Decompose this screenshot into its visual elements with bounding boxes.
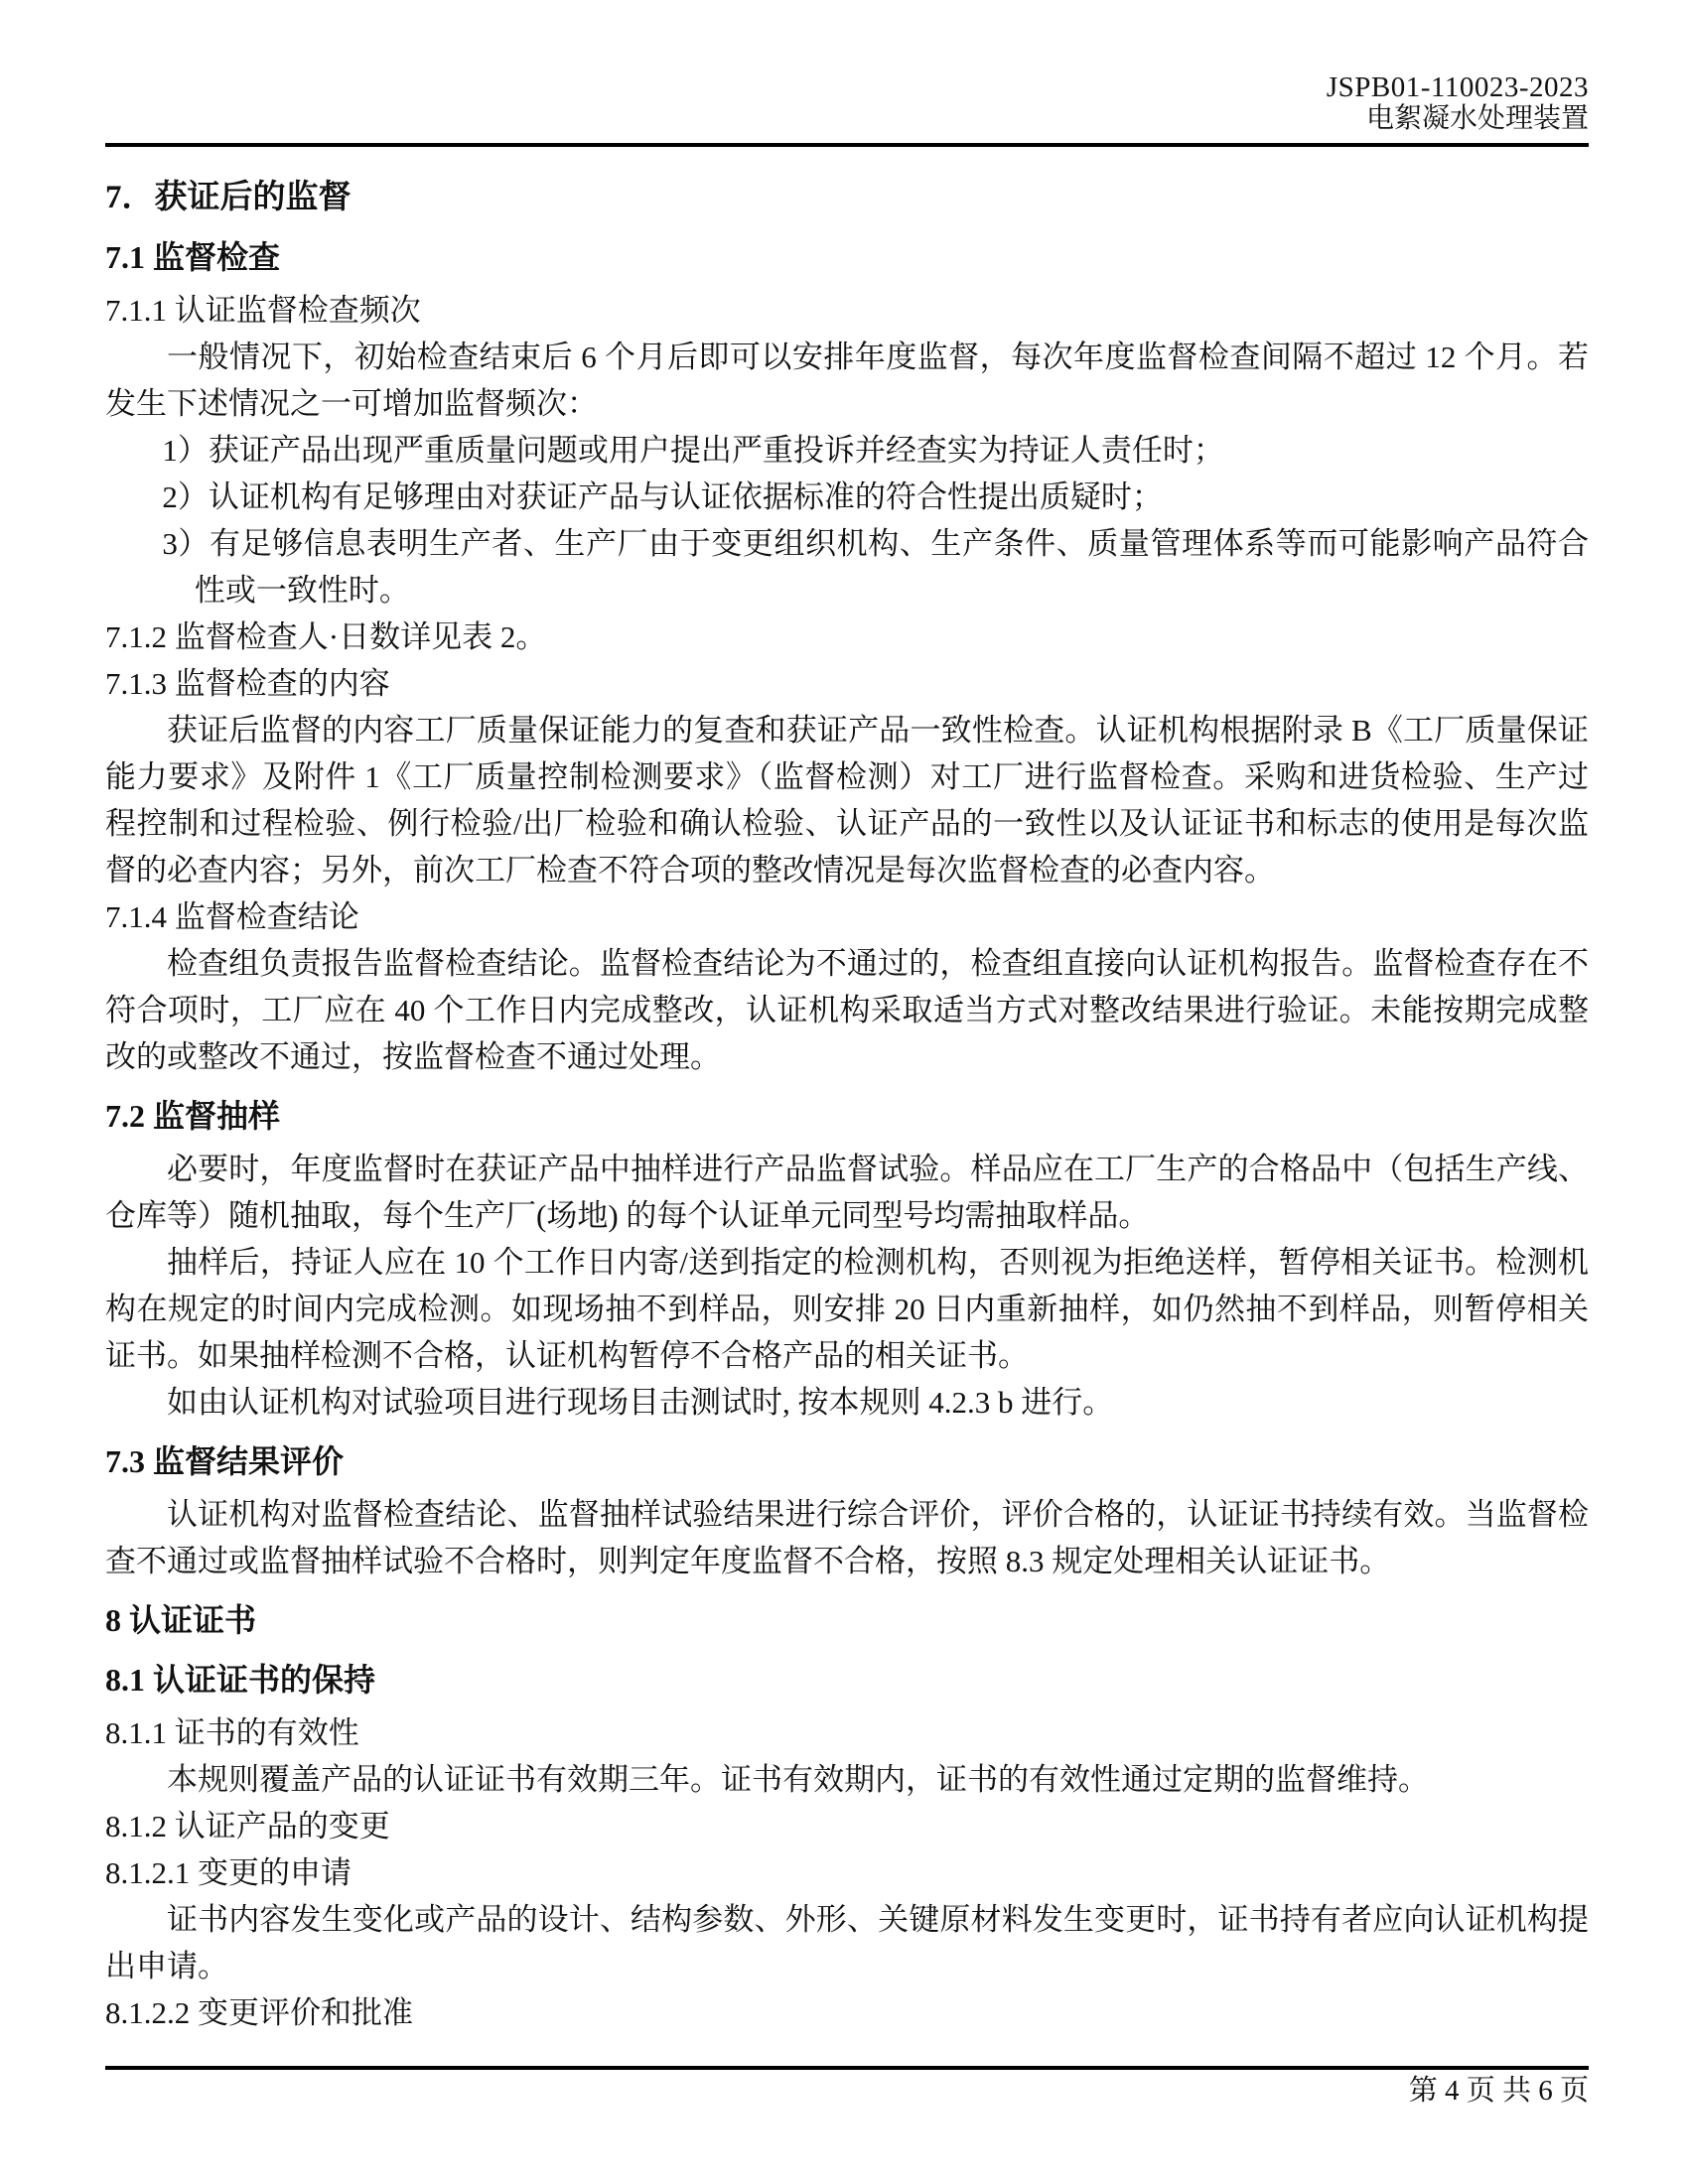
clause-heading-8-1-2: 8.1.2 认证产品的变更 [105, 1803, 1589, 1849]
page-number: 第 4 页 共 6 页 [105, 2075, 1589, 2107]
list-item-2: 2）认证机构有足够理由对获证产品与认证依据标准的符合性提出质疑时； [195, 474, 1589, 520]
section-heading-7-2: 7.2 监督抽样 [105, 1093, 1589, 1140]
page-footer: 第 4 页 共 6 页 [105, 2066, 1589, 2107]
clause-heading-8-1-2-1: 8.1.2.1 变更的申请 [105, 1849, 1589, 1896]
section-heading-8-1: 8.1 认证证书的保持 [105, 1657, 1589, 1704]
clause-heading-7-1-2: 7.1.2 监督检查人·日数详见表 2。 [105, 614, 1589, 660]
paragraph: 如由认证机构对试验项目进行现场目击测试时, 按本规则 4.2.3 b 进行。 [105, 1379, 1589, 1426]
clause-heading-8-1-2-2: 8.1.2.2 变更评价和批准 [105, 1989, 1589, 2036]
clause-heading-7-1-1: 7.1.1 认证监督检查频次 [105, 287, 1589, 334]
list-item-3: 3）有足够信息表明生产者、生产厂由于变更组织机构、生产条件、质量管理体系等而可能… [195, 520, 1589, 614]
paragraph: 证书内容发生变化或产品的设计、结构参数、外形、关键原材料发生变更时，证书持有者应… [105, 1896, 1589, 1989]
list-item-1: 1）获证产品出现严重质量问题或用户提出严重投诉并经查实为持证人责任时； [195, 427, 1589, 474]
section-heading-7-3: 7.3 监督结果评价 [105, 1438, 1589, 1485]
paragraph: 认证机构对监督检查结论、监督抽样试验结果进行综合评价，评价合格的，认证证书持续有… [105, 1491, 1589, 1584]
paragraph: 本规则覆盖产品的认证证书有效期三年。证书有效期内，证书的有效性通过定期的监督维持… [105, 1756, 1589, 1803]
paragraph: 检查组负责报告监督检查结论。监督检查结论为不通过的，检查组直接向认证机构报告。监… [105, 940, 1589, 1080]
section-heading-7-1: 7.1 监督检查 [105, 234, 1589, 281]
document-page: JSPB01-110023-2023 电絮凝水处理装置 7．获证后的监督 7.1… [0, 0, 1688, 2184]
page-header: JSPB01-110023-2023 电絮凝水处理装置 [105, 71, 1589, 147]
clause-heading-7-1-4: 7.1.4 监督检查结论 [105, 893, 1589, 940]
document-product-title: 电絮凝水处理装置 [105, 103, 1589, 135]
document-code: JSPB01-110023-2023 [105, 71, 1589, 103]
paragraph: 抽样后，持证人应在 10 个工作日内寄/送到指定的检测机构，否则视为拒绝送样，暂… [105, 1239, 1589, 1379]
clause-heading-8-1-1: 8.1.1 证书的有效性 [105, 1709, 1589, 1756]
paragraph: 获证后监督的内容工厂质量保证能力的复查和获证产品一致性检查。认证机构根据附录 B… [105, 707, 1589, 893]
paragraph: 必要时，年度监督时在获证产品中抽样进行产品监督试验。样品应在工厂生产的合格品中（… [105, 1146, 1589, 1239]
paragraph: 一般情况下，初始检查结束后 6 个月后即可以安排年度监督，每次年度监督检查间隔不… [105, 334, 1589, 427]
section-heading-7: 7．获证后的监督 [105, 175, 1589, 221]
section-heading-8: 8 认证证书 [105, 1597, 1589, 1644]
clause-heading-7-1-3: 7.1.3 监督检查的内容 [105, 660, 1589, 707]
document-body: 7．获证后的监督 7.1 监督检查 7.1.1 认证监督检查频次 一般情况下，初… [105, 147, 1589, 2036]
